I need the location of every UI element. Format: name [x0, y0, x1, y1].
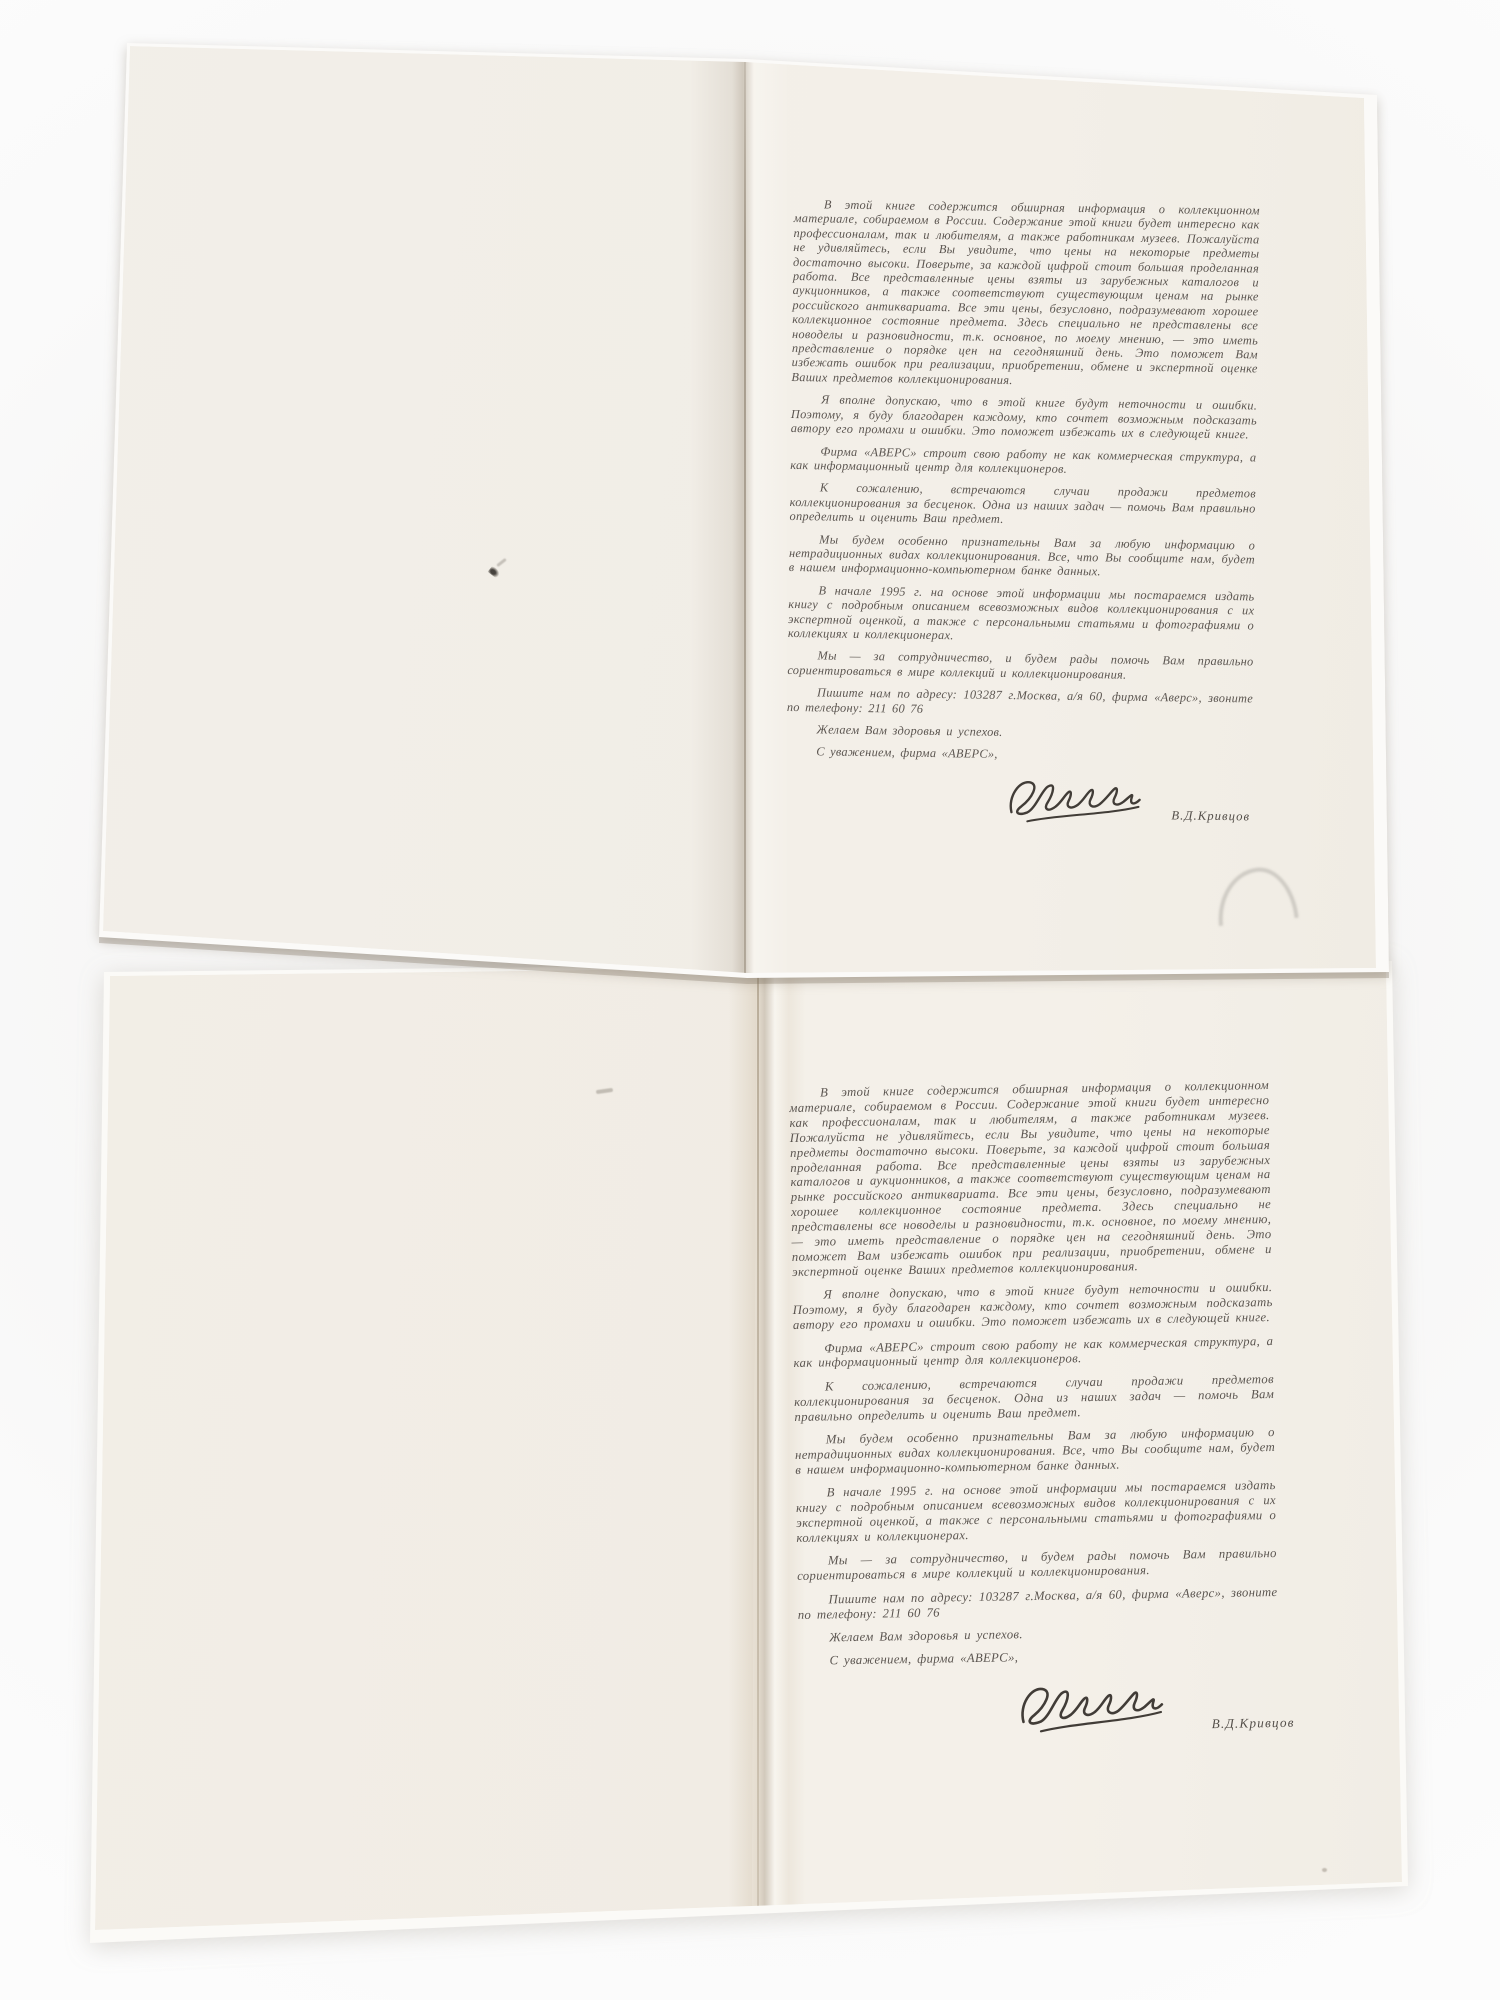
- paragraph: С уважением, фирма «АВЕРС»,: [786, 744, 1252, 765]
- signatory-name: В.Д.Кривцов: [1171, 808, 1250, 824]
- top-fold-line: [744, 62, 746, 973]
- paragraph: Я вполне допускаю, что в этой книге буду…: [791, 392, 1258, 442]
- paragraph: Фирма «АВЕРС» строит свою работу не как …: [790, 443, 1256, 478]
- top-booklet: В этой книге содержится обширная информа…: [0, 0, 1500, 2000]
- top-gutter-fold: [690, 60, 790, 973]
- paragraph: Желаем Вам здоровья и успехов.: [786, 722, 1252, 743]
- paragraph: В начале 1995 г. на основе этой информац…: [788, 583, 1255, 647]
- top-booklet-pages: В этой книге содержится обширная информа…: [0, 0, 1500, 2000]
- paragraph: Пишите нам по адресу: 103287 г.Москва, а…: [787, 685, 1253, 720]
- signature-area: В.Д.Кривцов: [785, 767, 1252, 859]
- top-page-letter: В этой книге содержится обширная информа…: [785, 197, 1260, 859]
- paragraph: Мы — за сотрудничество, и будем рады пом…: [787, 648, 1253, 683]
- paragraph: К сожалению, встречаются случаи продажи …: [789, 480, 1256, 530]
- signature-underline: [1027, 805, 1138, 823]
- signature-flourish: [991, 768, 1154, 830]
- scene-two-open-booklets: В этой книге содержится обширная информа…: [0, 0, 1500, 2000]
- paragraph: В этой книге содержится обширная информа…: [791, 197, 1260, 391]
- paragraph: Мы будем особенно признательны Вам за лю…: [789, 531, 1256, 581]
